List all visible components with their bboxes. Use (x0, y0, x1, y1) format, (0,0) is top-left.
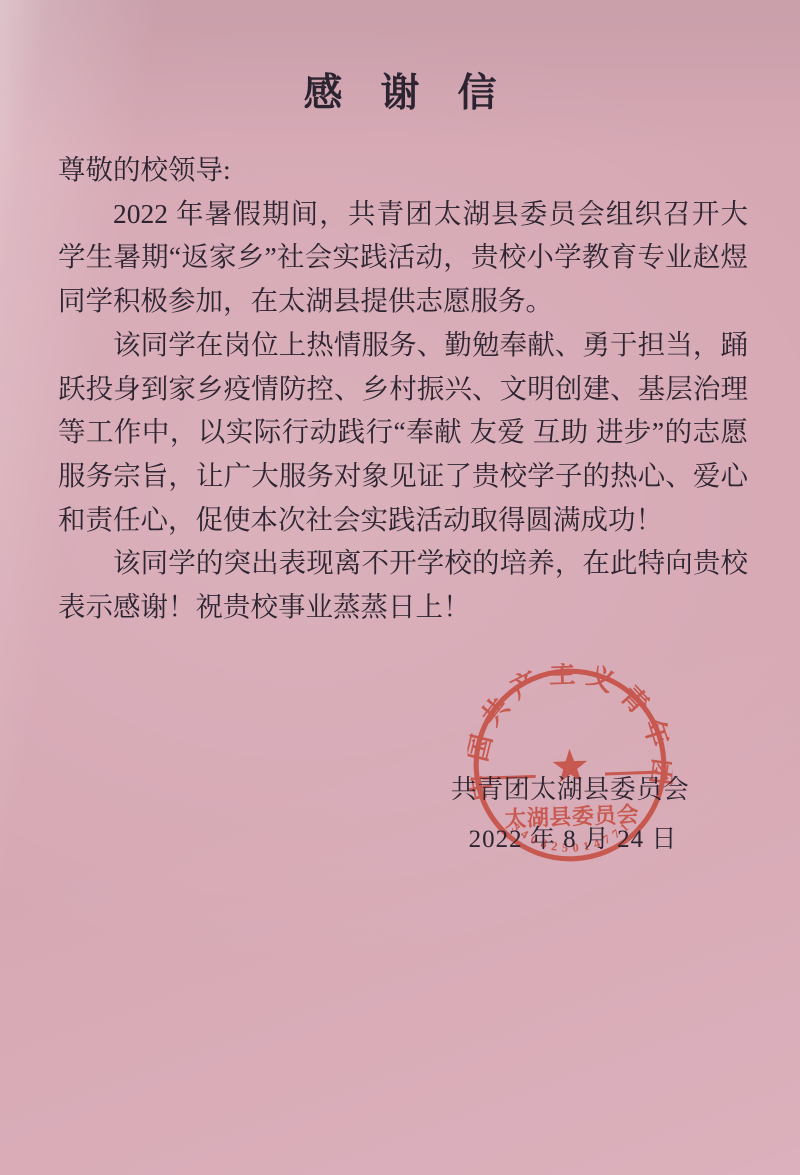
paragraph-3: 该同学的突出表现离不开学校的培养，在此特向贵校表示感谢！祝贵校事业蒸蒸日上！ (58, 541, 748, 628)
letter-date: 2022 年 8 月 24 日 (469, 819, 678, 855)
paragraph-2: 该同学在岗位上热情服务、勤勉奉献、勇于担当，踊跃投身到家乡疫情防控、乡村振兴、文… (58, 323, 748, 542)
signature: 共青团太湖县委员会 (451, 769, 690, 806)
letter-page: 感谢信 尊敬的校领导: 2022 年暑假期间，共青团太湖县委员会组织召开大学生暑… (0, 0, 800, 1175)
salutation: 尊敬的校领导: (58, 148, 748, 192)
letter-body: 尊敬的校领导: 2022 年暑假期间，共青团太湖县委员会组织召开大学生暑期“返家… (58, 148, 748, 629)
paragraph-1: 2022 年暑假期间，共青团太湖县委员会组织召开大学生暑期“返家乡”社会实践活动… (58, 192, 748, 323)
letter-title: 感谢信 (0, 62, 800, 118)
